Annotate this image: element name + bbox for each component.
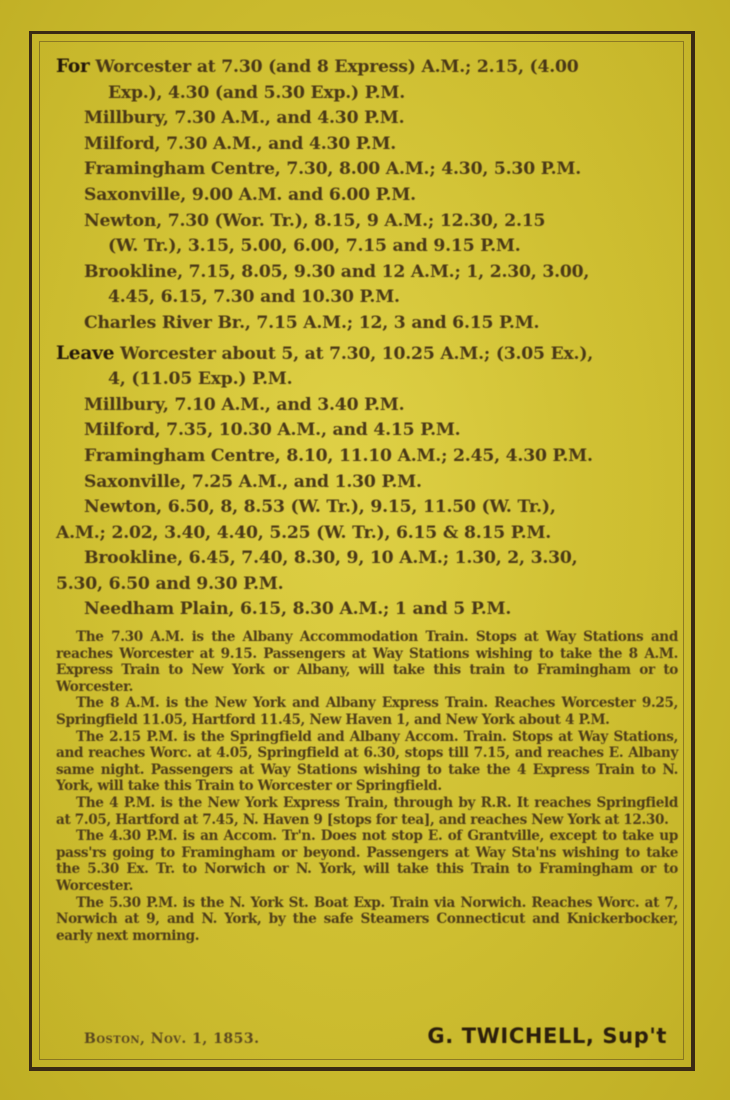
schedule-line: 4.45, 6.15, 7.30 and 10.30 P.M.: [56, 285, 686, 311]
note-paragraph: The 7.30 A.M. is the Albany Accommodatio…: [56, 629, 678, 695]
note-paragraph: The 4 P.M. is the New York Express Train…: [56, 795, 678, 828]
note-paragraph: The 4.30 P.M. is an Accom. Tr'n. Does no…: [56, 828, 678, 894]
note-paragraph: The 5.30 P.M. is the N. York St. Boat Ex…: [56, 895, 678, 945]
schedule-line: Needham Plain, 6.15, 8.30 A.M.; 1 and 5 …: [56, 597, 686, 623]
superintendent-signature: G. TWICHELL, Sup't: [427, 1024, 667, 1048]
note-paragraph: The 8 A.M. is the New York and Albany Ex…: [56, 695, 678, 728]
timetable-card: For Worcester at 7.30 (and 8 Express) A.…: [29, 31, 695, 1071]
schedule-line: Framingham Centre, 7.30, 8.00 A.M.; 4.30…: [56, 157, 686, 183]
schedule-line: Exp.), 4.30 (and 5.30 Exp.) P.M.: [56, 81, 686, 107]
departures-from-boston-section: For Worcester at 7.30 (and 8 Express) A.…: [56, 54, 686, 337]
schedule-line: Charles River Br., 7.15 A.M.; 12, 3 and …: [56, 311, 686, 337]
train-notes: The 7.30 A.M. is the Albany Accommodatio…: [56, 629, 686, 944]
schedule-line: Leave Worcester about 5, at 7.30, 10.25 …: [56, 341, 686, 368]
section-lead-leave: Leave: [56, 343, 114, 364]
schedule-line: Millbury, 7.30 A.M., and 4.30 P.M.: [56, 106, 686, 132]
dateline: Boston, Nov. 1, 1853.: [84, 1031, 259, 1047]
schedule-line: Framingham Centre, 8.10, 11.10 A.M.; 2.4…: [56, 444, 686, 470]
section-lead-for: For: [56, 56, 90, 77]
schedule-line: (W. Tr.), 3.15, 5.00, 6.00, 7.15 and 9.1…: [56, 234, 686, 260]
timetable-content: For Worcester at 7.30 (and 8 Express) A.…: [56, 54, 686, 944]
schedule-line: For Worcester at 7.30 (and 8 Express) A.…: [56, 54, 686, 81]
schedule-line: 5.30, 6.50 and 9.30 P.M.: [56, 572, 686, 598]
schedule-line: Brookline, 6.45, 7.40, 8.30, 9, 10 A.M.;…: [56, 546, 686, 572]
departures-to-boston-section: Leave Worcester about 5, at 7.30, 10.25 …: [56, 341, 686, 624]
schedule-line: Saxonville, 7.25 A.M., and 1.30 P.M.: [56, 470, 686, 496]
schedule-line: Newton, 7.30 (Wor. Tr.), 8.15, 9 A.M.; 1…: [56, 209, 686, 235]
schedule-line: Millbury, 7.10 A.M., and 3.40 P.M.: [56, 393, 686, 419]
schedule-line: Newton, 6.50, 8, 8.53 (W. Tr.), 9.15, 11…: [56, 495, 686, 521]
schedule-line: 4, (11.05 Exp.) P.M.: [56, 367, 686, 393]
schedule-line: Saxonville, 9.00 A.M. and 6.00 P.M.: [56, 183, 686, 209]
note-paragraph: The 2.15 P.M. is the Springfield and Alb…: [56, 729, 678, 795]
schedule-line: Brookline, 7.15, 8.05, 9.30 and 12 A.M.;…: [56, 260, 686, 286]
schedule-line: Milford, 7.35, 10.30 A.M., and 4.15 P.M.: [56, 418, 686, 444]
schedule-line: A.M.; 2.02, 3.40, 4.40, 5.25 (W. Tr.), 6…: [56, 521, 686, 547]
footer: Boston, Nov. 1, 1853. G. TWICHELL, Sup't: [84, 1024, 667, 1048]
schedule-line: Milford, 7.30 A.M., and 4.30 P.M.: [56, 132, 686, 158]
